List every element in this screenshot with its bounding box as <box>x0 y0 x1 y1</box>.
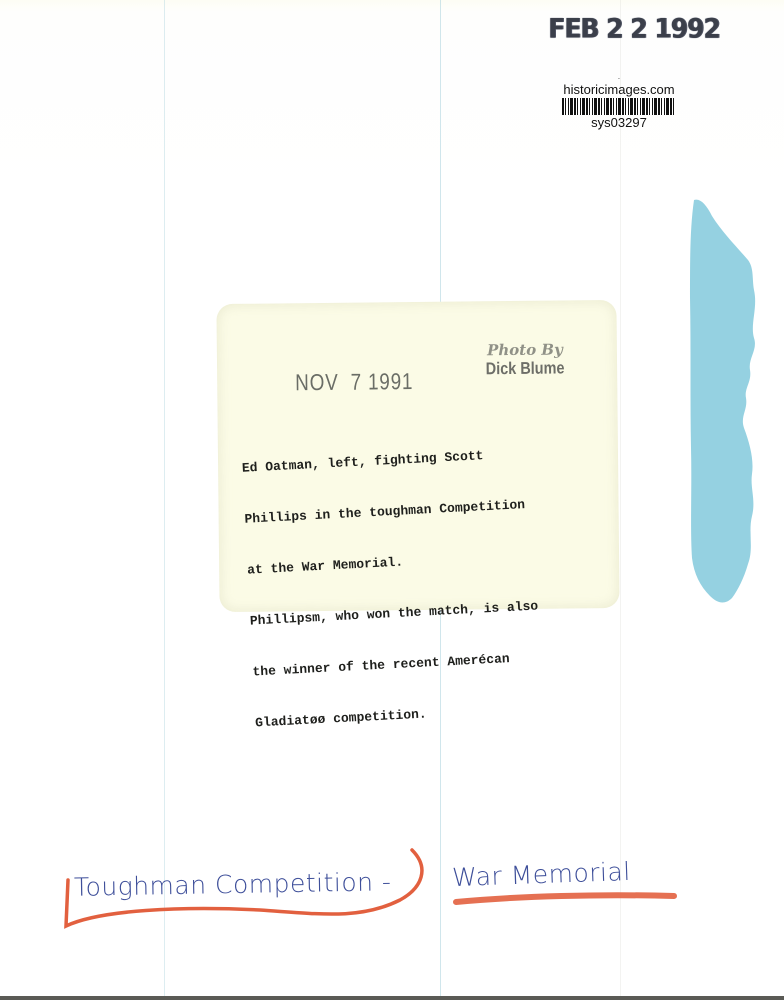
photo-credit-prefix: Photo By <box>465 340 585 359</box>
handwritten-note-right: War Memorial <box>452 857 632 892</box>
slip-date-stamp: NOV 7 1991 <box>295 368 413 396</box>
scan-bottom-edge <box>0 996 784 1000</box>
blue-ink-smear <box>688 198 760 608</box>
photo-credit-name: Dick Blume <box>474 358 576 379</box>
caption-line: Ed Oatman, left, fighting Scott <box>241 440 621 477</box>
caption-line: Phillips in the toughman Competition <box>244 491 624 528</box>
caption-line: Gladiatøø competition. <box>255 695 635 732</box>
caption-slip: NOV 7 1991 Photo By Dick Blume Ed Oatman… <box>216 300 619 612</box>
barcode-icon <box>562 98 676 115</box>
handwritten-note: Toughman Competition - War Memorial <box>60 840 700 940</box>
archive-site-name: historicimages.com <box>556 82 682 97</box>
archive-barcode-label: · historicimages.com sys03297 <box>556 76 682 130</box>
caption-line: the winner of the recent Amerécan <box>252 644 632 681</box>
archive-code: sys03297 <box>556 115 682 130</box>
handwritten-note-left: Toughman Competition - <box>74 867 392 902</box>
caption-line: Phillipsm, who won the match, is also <box>249 593 629 630</box>
photo-credit-stamp: Photo By Dick Blume <box>465 340 585 379</box>
caption-line: at the War Memorial. <box>247 542 627 579</box>
photo-back-page: FEB 2 2 1992 · historicimages.com sys032… <box>0 0 784 996</box>
received-date-stamp: FEB 2 2 1992 <box>548 13 720 43</box>
caption-text: Ed Oatman, left, fighting Scott Phillips… <box>240 406 637 765</box>
